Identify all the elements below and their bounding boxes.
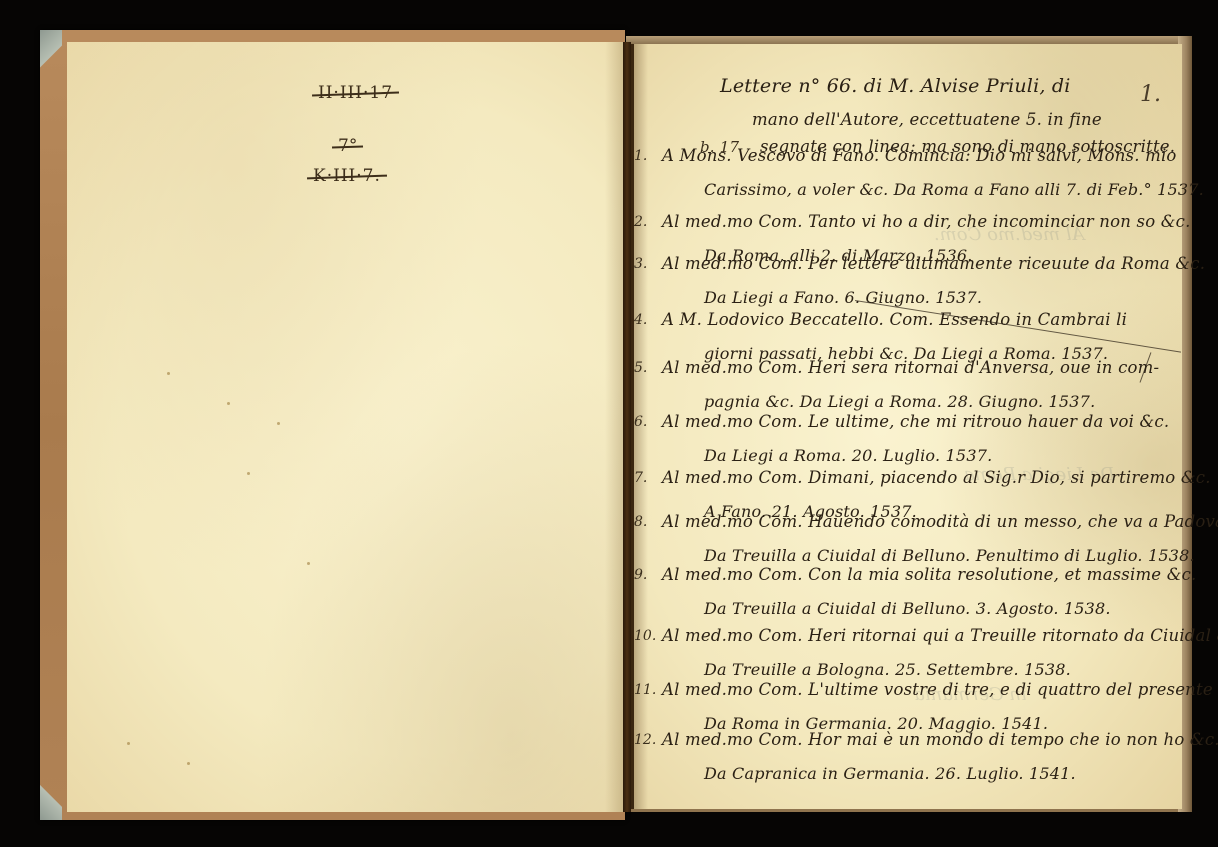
entry-incipit: Al med.mo Com. Tanto vi ho a dir, che in… [662, 212, 1191, 231]
heading-line-1: Lettere n° 66. di M. Alvise Priuli, di [720, 75, 1070, 97]
entry-dateline: Da Treuilla a Ciuidal di Belluno. 3. Ago… [704, 599, 1111, 618]
entry-number: 12. [634, 732, 656, 748]
entry-number: 8. [634, 514, 647, 530]
entry-incipit: Al med.mo Com. Heri ritornai qui a Treui… [662, 626, 1218, 645]
entry-number: 9. [634, 567, 647, 583]
entry-incipit: Al med.mo Com. Hauendo comodità di un me… [662, 512, 1218, 531]
folio-number: 1. [1140, 82, 1161, 107]
entry-incipit: Al med.mo Com. Dimani, piacendo al Sig.r… [662, 468, 1211, 487]
board-corner-top-left [40, 30, 62, 70]
entry-incipit: Al med.mo Com. L'ultime vostre di tre, e… [662, 680, 1218, 699]
left-flyleaf-page [67, 42, 625, 812]
entry-incipit: Al med.mo Com. Le ultime, che mi ritrouo… [662, 412, 1169, 431]
foxing-spot [227, 402, 230, 405]
entry-number: 10. [634, 628, 656, 644]
entry-incipit: Al med.mo Com. Hor mai è un mondo di tem… [662, 730, 1218, 749]
shelfmark-current: K·III·7. [313, 166, 381, 186]
foxing-spot [127, 742, 130, 745]
entry-dateline: Da Capranica in Germania. 26. Luglio. 15… [704, 764, 1076, 783]
page-block-top-edge [626, 36, 1192, 44]
shelfmark-old-2: 7° [338, 136, 357, 156]
entry-incipit: A M. Lodovico Beccatello. Com. Essendo i… [662, 310, 1127, 329]
foxing-spot [307, 562, 310, 565]
foxing-spot [187, 762, 190, 765]
entry-dateline: Da Treuille a Bologna. 25. Settembre. 15… [704, 660, 1071, 679]
shelfmark-old-1: II·III·17 [318, 83, 393, 103]
foxing-spot [247, 472, 250, 475]
entry-incipit: Al med.mo Com. Con la mia solita resolut… [662, 565, 1196, 584]
entry-incipit: Al med.mo Com. Heri sera ritornai d'Anve… [662, 358, 1159, 377]
entry-number: 2. [634, 214, 647, 230]
entry-number: 7. [634, 470, 647, 486]
entry-dateline: Da Treuilla a Ciuidal di Belluno. Penult… [704, 546, 1195, 565]
foxing-spot [277, 422, 280, 425]
entry-number: 3. [634, 256, 647, 272]
foxing-spot [167, 372, 170, 375]
entry-number: 6. [634, 414, 647, 430]
manuscript-scan: II·III·17 7° K·III·7. Al med.mo Com. Da … [0, 0, 1218, 847]
entry-dateline: pagnia &c. Da Liegi a Roma. 28. Giugno. … [704, 392, 1095, 411]
entry-number: 1. [634, 148, 647, 164]
book-gutter [623, 42, 631, 812]
entry-dateline: Carissimo, a voler &c. Da Roma a Fano al… [704, 180, 1204, 199]
entry-incipit: A Mons. Vescovo di Fano. Comincia: Dio m… [662, 146, 1177, 165]
entry-incipit: Al med.mo Com. Per lettere ultimamente r… [662, 254, 1205, 273]
entry-dateline: Da Liegi a Roma. 20. Luglio. 1537. [704, 446, 992, 465]
entry-number: 4. [634, 312, 647, 328]
heading-line-2: mano dell'Autore, eccettuatene 5. in fin… [752, 110, 1102, 129]
board-corner-bottom-left [40, 784, 62, 820]
entry-number: 11. [634, 682, 656, 698]
entry-number: 5. [634, 360, 647, 376]
entry-dateline: Da Liegi a Fano. 6. Giugno. 1537. [704, 288, 982, 307]
